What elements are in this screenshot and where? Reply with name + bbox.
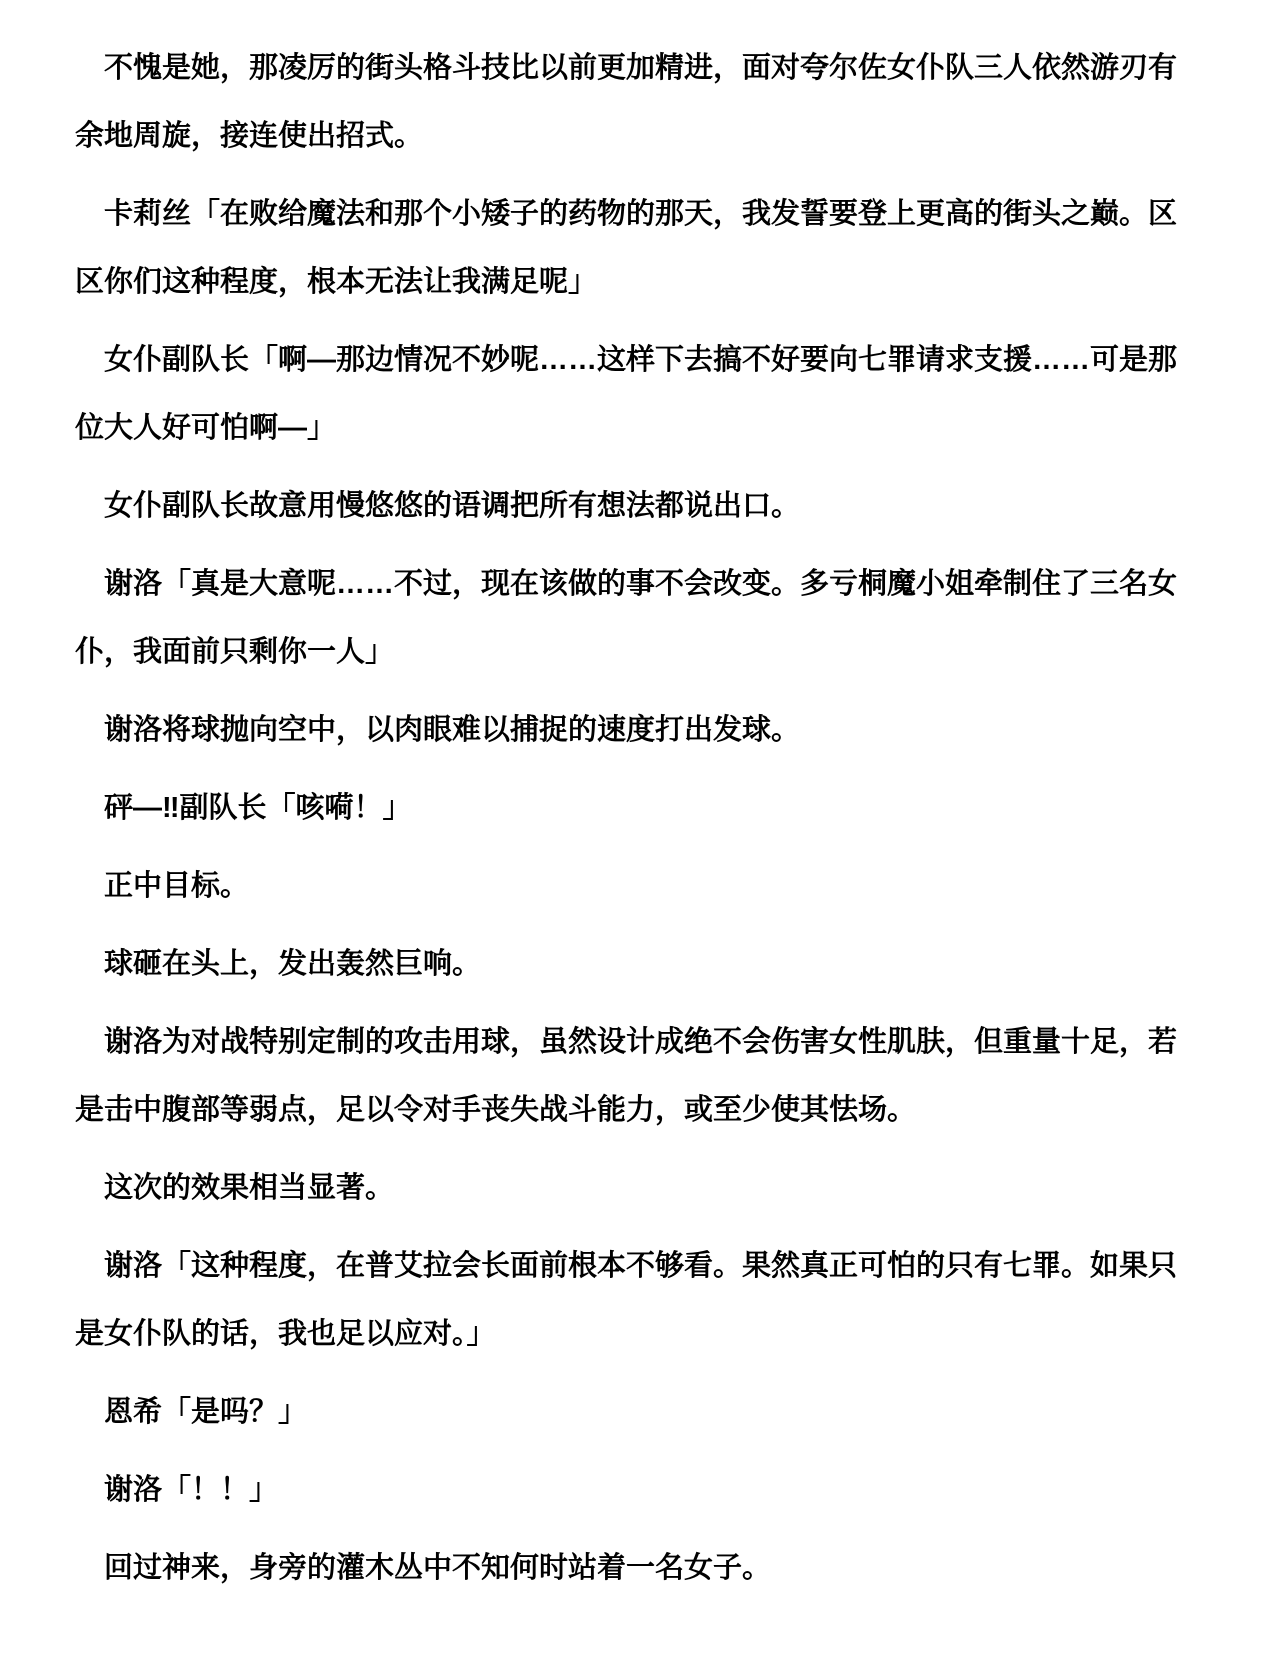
paragraph-narration-2: 女仆副队长故意用慢悠悠的语调把所有想法都说出口。 (75, 472, 1205, 540)
paragraph-narration-8: 回过神来，身旁的灌木丛中不知何时站着一名女子。 (75, 1534, 1205, 1602)
paragraph-dialogue-enxi: 恩希「是吗？」 (75, 1378, 1205, 1446)
paragraph-narration-4: 正中目标。 (75, 852, 1205, 920)
paragraph-narration-6: 谢洛为对战特别定制的攻击用球，虽然设计成绝不会伤害女性肌肤，但重量十足，若是击中… (75, 1008, 1205, 1144)
paragraph-narration-7: 这次的效果相当显著。 (75, 1154, 1205, 1222)
paragraph-dialogue-xieluo-3: 谢洛「！！」 (75, 1456, 1205, 1524)
paragraph-narration-5: 球砸在头上，发出轰然巨响。 (75, 930, 1205, 998)
document-page: 不愧是她，那凌厉的街头格斗技比以前更加精进，面对夸尔佐女仆队三人依然游刃有余地周… (0, 0, 1280, 1658)
paragraph-dialogue-kalisi: 卡莉丝「在败给魔法和那个小矮子的药物的那天，我发誓要登上更高的街头之巅。区区你们… (75, 180, 1205, 316)
paragraph-sfx-hit: 砰—‼副队长「咳嗬！」 (75, 774, 1205, 842)
paragraph-dialogue-xieluo-1: 谢洛「真是大意呢……不过，现在该做的事不会改变。多亏桐魔小姐牵制住了三名女仆，我… (75, 550, 1205, 686)
paragraph-narration-3: 谢洛将球抛向空中，以肉眼难以捕捉的速度打出发球。 (75, 696, 1205, 764)
paragraph-narration-1: 不愧是她，那凌厉的街头格斗技比以前更加精进，面对夸尔佐女仆队三人依然游刃有余地周… (75, 34, 1205, 170)
paragraph-dialogue-maid-vice-captain: 女仆副队长「啊—那边情况不妙呢……这样下去搞不好要向七罪请求支援……可是那位大人… (75, 326, 1205, 462)
paragraph-dialogue-xieluo-2: 谢洛「这种程度，在普艾拉会长面前根本不够看。果然真正可怕的只有七罪。如果只是女仆… (75, 1232, 1205, 1368)
